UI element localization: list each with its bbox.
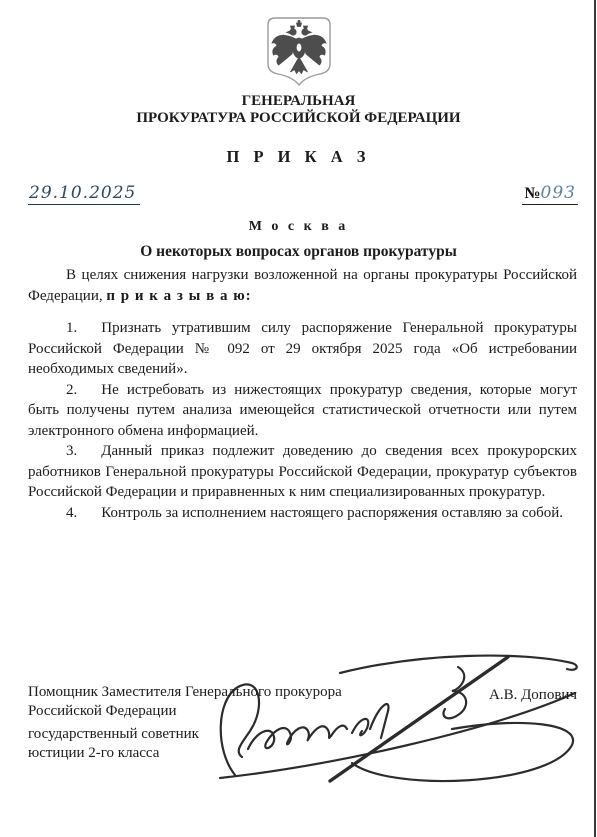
order-item-4: 4.Контроль за исполнением настоящего рас… <box>28 503 577 524</box>
item-number: 4. <box>66 505 77 521</box>
signer-rank-line1: государственный советник <box>28 725 368 744</box>
preamble-paragraph: В целях снижения нагрузки возложенной на… <box>28 265 577 306</box>
number-sign: № <box>524 185 540 202</box>
item-number: 2. <box>66 382 77 398</box>
signature-block: Помощник Заместителя Генерального прокур… <box>28 683 577 793</box>
document-page: ГЕНЕРАЛЬНАЯ ПРОКУРАТУРА РОССИЙСКОЙ ФЕДЕР… <box>0 0 597 837</box>
signer-name: А.В. Допович <box>489 686 577 705</box>
order-item-3: 3.Данный приказ подлежит доведению до св… <box>28 441 577 503</box>
order-item-2: 2.Не истребовать из нижестоящих прокурат… <box>28 380 577 442</box>
document-type-title: П Р И К А З <box>0 147 597 167</box>
signer-position-line1: Помощник Заместителя Генерального прокур… <box>28 683 368 702</box>
signer-rank: государственный советник юстиции 2-го кл… <box>28 725 368 763</box>
item-number: 1. <box>66 320 77 336</box>
org-name-line2: ПРОКУРАТУРА РОССИЙСКОЙ ФЕДЕРАЦИИ <box>0 110 597 127</box>
number-value: 093 <box>541 183 576 203</box>
item-text: Контроль за исполнением настоящего распо… <box>101 505 563 521</box>
item-text: Не истребовать из нижестоящих прокуратур… <box>28 382 577 439</box>
org-name: ГЕНЕРАЛЬНАЯ ПРОКУРАТУРА РОССИЙСКОЙ ФЕДЕР… <box>0 93 597 127</box>
coat-of-arms-double-headed-eagle-icon <box>262 15 336 89</box>
document-date: 29.10.2025 <box>28 183 140 205</box>
item-text: Данный приказ подлежит доведению до свед… <box>28 443 577 500</box>
signer-rank-line2: юстиции 2-го класса <box>28 744 368 763</box>
item-text: Признать утратившим силу распоряжение Ге… <box>28 320 577 377</box>
document-subject: О некоторых вопросах органов прокуратуры <box>0 243 597 261</box>
date-number-row: 29.10.2025 №093 <box>28 183 578 207</box>
city-label: М о с к в а <box>0 219 597 235</box>
document-body: В целях снижения нагрузки возложенной на… <box>28 265 577 523</box>
order-item-1: 1.Признать утратившим силу распоряжение … <box>28 318 577 380</box>
signer-position-line2: Российской Федерации <box>28 702 368 721</box>
org-name-line1: ГЕНЕРАЛЬНАЯ <box>0 93 597 110</box>
document-number: №093 <box>522 183 578 205</box>
item-number: 3. <box>66 443 77 459</box>
signer-position: Помощник Заместителя Генерального прокур… <box>28 683 368 721</box>
decree-word: п р и к а з ы в а ю: <box>106 288 251 304</box>
